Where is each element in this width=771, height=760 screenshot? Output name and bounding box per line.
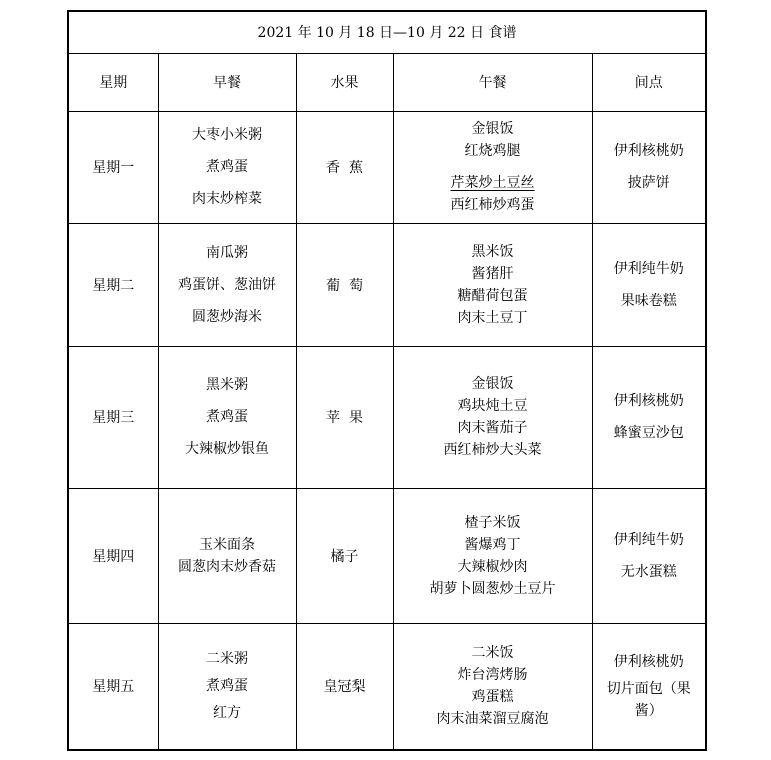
col-header-lunch: 午餐 bbox=[393, 53, 592, 111]
menu-row-3: 星期三黑米粥煮鸡蛋大辣椒炒银鱼苹 果金银饭鸡块炖土豆肉末酱茄子西红柿炒大头菜伊利… bbox=[68, 346, 706, 488]
menu-item: 煮鸡蛋 bbox=[163, 675, 292, 697]
menu-item: 鸡蛋糕 bbox=[398, 686, 588, 708]
menu-item: 酱猪肝 bbox=[398, 263, 588, 285]
menu-item: 伊利纯牛奶 bbox=[597, 529, 702, 551]
menu-item: 伊利核桃奶 bbox=[597, 140, 702, 162]
menu-row-5: 星期五二米粥煮鸡蛋红方皇冠梨二米饭炸台湾烤肠鸡蛋糕肉末油菜溜豆腐泡伊利核桃奶切片… bbox=[68, 623, 706, 750]
menu-item: 鸡蛋饼、葱油饼 bbox=[163, 274, 292, 296]
menu-item: 西红柿炒大头菜 bbox=[398, 439, 588, 461]
fruit-cell: 葡 萄 bbox=[296, 223, 393, 346]
day-cell: 星期五 bbox=[68, 623, 158, 750]
menu-item: 芹菜炒土豆丝 bbox=[398, 172, 588, 194]
menu-item: 玉米面条 bbox=[163, 534, 292, 556]
menu-item: 肉末土豆丁 bbox=[398, 307, 588, 329]
fruit-cell: 香 蕉 bbox=[296, 111, 393, 223]
menu-item: 金银饭 bbox=[398, 373, 588, 395]
menu-row-2: 星期二南瓜粥鸡蛋饼、葱油饼圆葱炒海米葡 萄黑米饭酱猪肝糖醋荷包蛋肉末土豆丁伊利纯… bbox=[68, 223, 706, 346]
menu-item: 伊利纯牛奶 bbox=[597, 258, 702, 280]
lunch-cell: 二米饭炸台湾烤肠鸡蛋糕肉末油菜溜豆腐泡 bbox=[393, 623, 592, 750]
weekly-menu-table: 2021 年 10 月 18 日—10 月 22 日 食谱 星期 早餐 水果 午… bbox=[67, 10, 707, 751]
menu-item: 蜂蜜豆沙包 bbox=[597, 422, 702, 444]
menu-item: 果味卷糕 bbox=[597, 290, 702, 312]
menu-item: 大枣小米粥 bbox=[163, 124, 292, 146]
snack-cell: 伊利核桃奶切片面包（果酱） bbox=[592, 623, 706, 750]
menu-item: 红方 bbox=[163, 702, 292, 724]
snack-cell: 伊利核桃奶蜂蜜豆沙包 bbox=[592, 346, 706, 488]
menu-item: 切片面包（果酱） bbox=[597, 678, 702, 722]
breakfast-cell: 大枣小米粥煮鸡蛋肉末炒榨菜 bbox=[158, 111, 296, 223]
lunch-cell: 黑米饭酱猪肝糖醋荷包蛋肉末土豆丁 bbox=[393, 223, 592, 346]
menu-item: 西红柿炒鸡蛋 bbox=[398, 194, 588, 216]
breakfast-cell: 玉米面条圆葱肉末炒香菇 bbox=[158, 488, 296, 623]
menu-item: 红烧鸡腿 bbox=[398, 140, 588, 162]
col-header-fruit: 水果 bbox=[296, 53, 393, 111]
menu-item: 圆葱炒海米 bbox=[163, 306, 292, 328]
breakfast-cell: 二米粥煮鸡蛋红方 bbox=[158, 623, 296, 750]
table-title: 2021 年 10 月 18 日—10 月 22 日 食谱 bbox=[68, 11, 706, 53]
document-page: 2021 年 10 月 18 日—10 月 22 日 食谱 星期 早餐 水果 午… bbox=[0, 0, 771, 760]
menu-item: 披萨饼 bbox=[597, 172, 702, 194]
menu-row-1: 星期一大枣小米粥煮鸡蛋肉末炒榨菜香 蕉金银饭红烧鸡腿芹菜炒土豆丝西红柿炒鸡蛋伊利… bbox=[68, 111, 706, 223]
menu-item: 南瓜粥 bbox=[163, 242, 292, 264]
title-row: 2021 年 10 月 18 日—10 月 22 日 食谱 bbox=[68, 11, 706, 53]
breakfast-cell: 南瓜粥鸡蛋饼、葱油饼圆葱炒海米 bbox=[158, 223, 296, 346]
fruit-cell: 苹 果 bbox=[296, 346, 393, 488]
day-cell: 星期一 bbox=[68, 111, 158, 223]
col-header-day: 星期 bbox=[68, 53, 158, 111]
menu-row-4: 星期四玉米面条圆葱肉末炒香菇橘子楂子米饭酱爆鸡丁大辣椒炒肉胡萝卜圆葱炒土豆片伊利… bbox=[68, 488, 706, 623]
day-cell: 星期四 bbox=[68, 488, 158, 623]
col-header-snack: 间点 bbox=[592, 53, 706, 111]
menu-item: 二米饭 bbox=[398, 642, 588, 664]
day-cell: 星期三 bbox=[68, 346, 158, 488]
menu-item: 二米粥 bbox=[163, 648, 292, 670]
spacer bbox=[398, 162, 588, 172]
menu-item: 圆葱肉末炒香菇 bbox=[163, 556, 292, 578]
menu-item: 黑米粥 bbox=[163, 374, 292, 396]
snack-cell: 伊利核桃奶披萨饼 bbox=[592, 111, 706, 223]
menu-item: 大辣椒炒肉 bbox=[398, 556, 588, 578]
menu-item: 煮鸡蛋 bbox=[163, 406, 292, 428]
snack-cell: 伊利纯牛奶无水蛋糕 bbox=[592, 488, 706, 623]
menu-item: 酱爆鸡丁 bbox=[398, 534, 588, 556]
menu-item: 无水蛋糕 bbox=[597, 561, 702, 583]
lunch-cell: 金银饭鸡块炖土豆肉末酱茄子西红柿炒大头菜 bbox=[393, 346, 592, 488]
header-row: 星期 早餐 水果 午餐 间点 bbox=[68, 53, 706, 111]
menu-item: 金银饭 bbox=[398, 118, 588, 140]
menu-item: 煮鸡蛋 bbox=[163, 156, 292, 178]
fruit-cell: 橘子 bbox=[296, 488, 393, 623]
menu-item: 肉末酱茄子 bbox=[398, 417, 588, 439]
menu-item: 肉末炒榨菜 bbox=[163, 188, 292, 210]
menu-item: 炸台湾烤肠 bbox=[398, 664, 588, 686]
menu-item: 胡萝卜圆葱炒土豆片 bbox=[398, 578, 588, 600]
menu-item: 伊利核桃奶 bbox=[597, 651, 702, 673]
snack-cell: 伊利纯牛奶果味卷糕 bbox=[592, 223, 706, 346]
col-header-breakfast: 早餐 bbox=[158, 53, 296, 111]
menu-item: 楂子米饭 bbox=[398, 512, 588, 534]
fruit-cell: 皇冠梨 bbox=[296, 623, 393, 750]
menu-item: 糖醋荷包蛋 bbox=[398, 285, 588, 307]
menu-item: 黑米饭 bbox=[398, 241, 588, 263]
breakfast-cell: 黑米粥煮鸡蛋大辣椒炒银鱼 bbox=[158, 346, 296, 488]
menu-item: 大辣椒炒银鱼 bbox=[163, 438, 292, 460]
day-cell: 星期二 bbox=[68, 223, 158, 346]
lunch-cell: 楂子米饭酱爆鸡丁大辣椒炒肉胡萝卜圆葱炒土豆片 bbox=[393, 488, 592, 623]
menu-item: 肉末油菜溜豆腐泡 bbox=[398, 708, 588, 730]
menu-item: 伊利核桃奶 bbox=[597, 390, 702, 412]
menu-item: 鸡块炖土豆 bbox=[398, 395, 588, 417]
lunch-cell: 金银饭红烧鸡腿芹菜炒土豆丝西红柿炒鸡蛋 bbox=[393, 111, 592, 223]
